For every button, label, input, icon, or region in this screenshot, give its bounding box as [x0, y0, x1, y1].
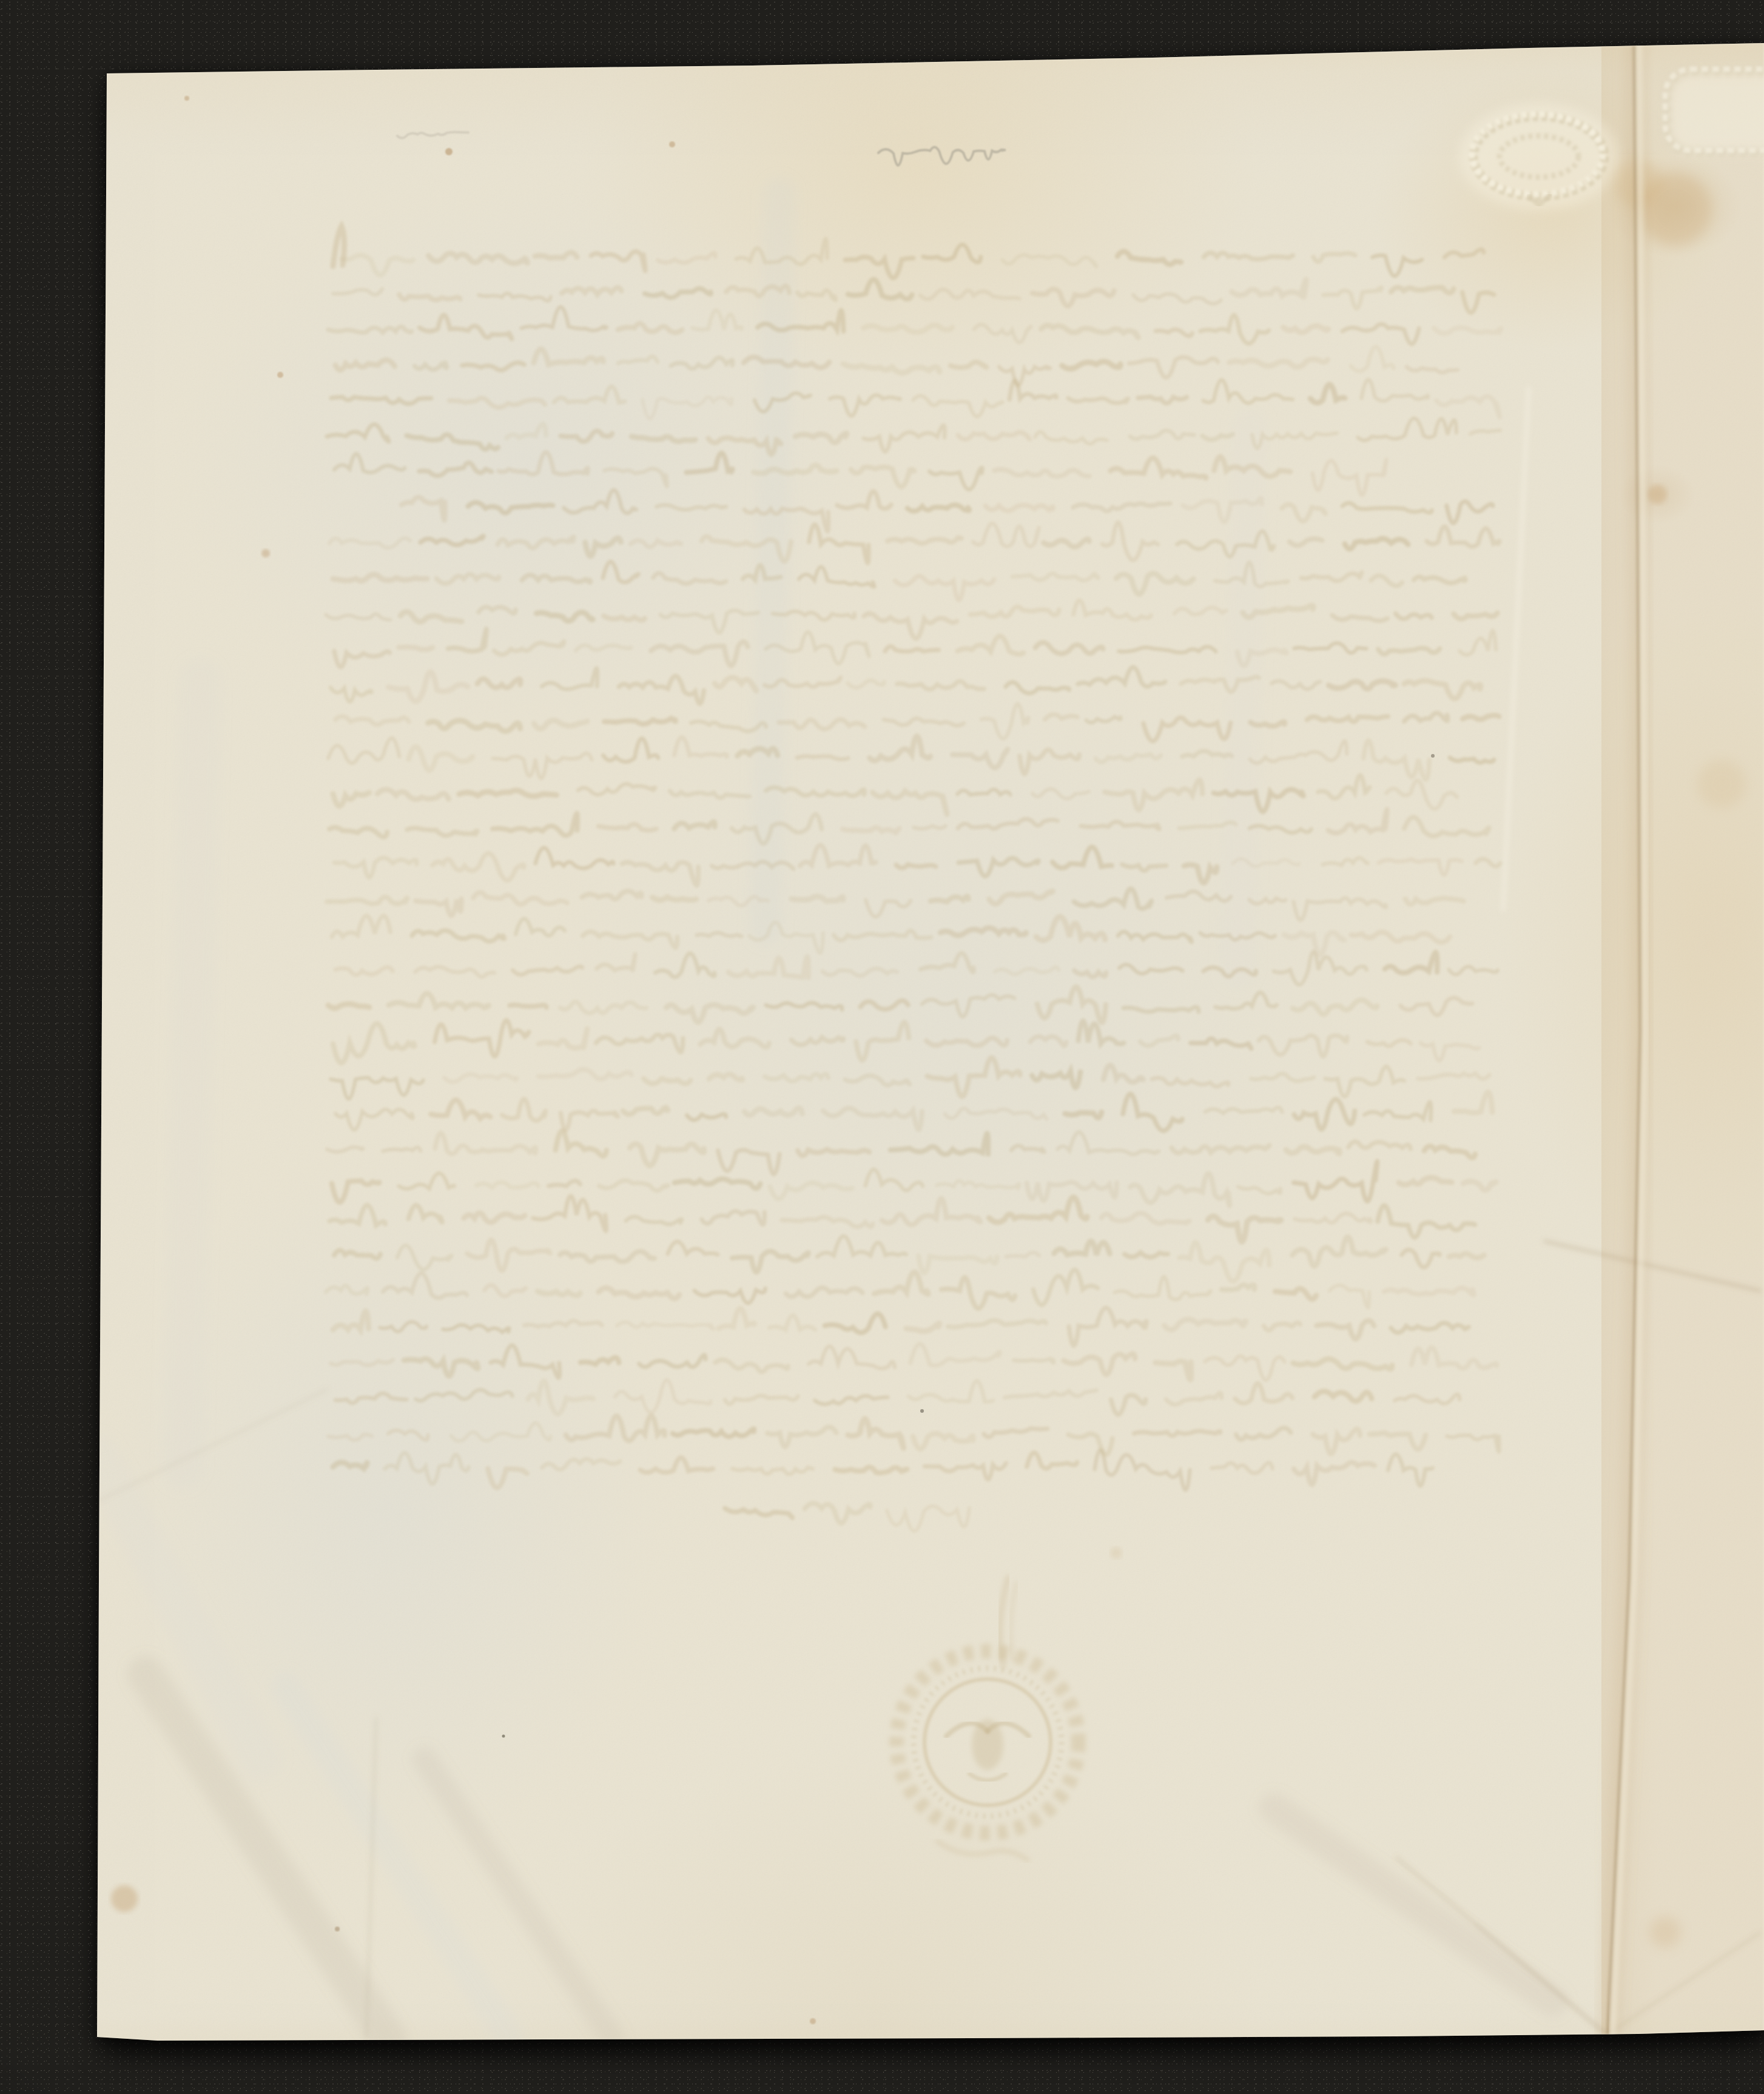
document-sheet	[0, 0, 1764, 2094]
scan-background	[0, 0, 1764, 2094]
fold-side-page-edge	[1601, 0, 1764, 2094]
document-sheet-shadow	[0, 0, 1764, 2094]
